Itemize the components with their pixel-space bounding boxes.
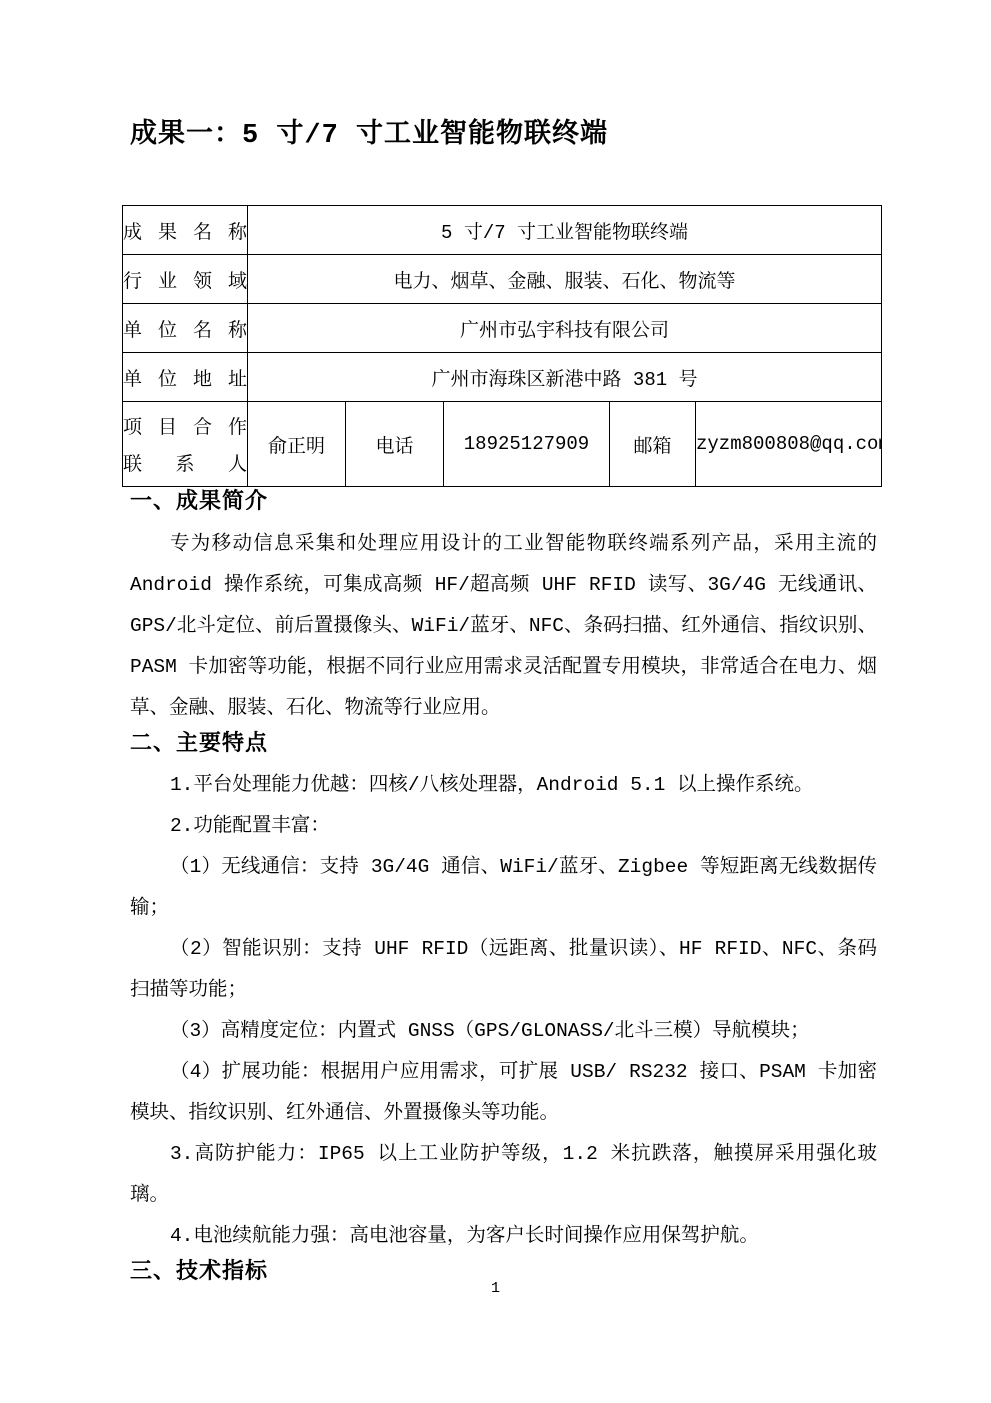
info-table: 成果名称 5 寸/7 寸工业智能物联终端 行业领域 电力、烟草、金融、服装、石化… <box>122 205 882 487</box>
table-row: 单位地址 广州市海珠区新港中路 381 号 <box>123 353 882 402</box>
page-title: 成果一：5 寸/7 寸工业智能物联终端 <box>130 0 881 154</box>
feature-item: （1）无线通信：支持 3G/4G 通信、WiFi/蓝牙、Zigbee 等短距离无… <box>130 847 877 929</box>
feature-item: 1.平台处理能力优越：四核/八核处理器，Android 5.1 以上操作系统。 <box>130 765 877 806</box>
row-label-cell: 行业领域 <box>123 255 248 304</box>
contact-label-cell: 项目合作 联系人 <box>123 402 248 487</box>
section-intro-heading: 一、成果简介 <box>130 487 877 519</box>
feature-item: 2.功能配置丰富： <box>130 806 877 847</box>
page-number: 1 <box>0 1280 991 1298</box>
phone-number: 18925127909 <box>444 402 610 487</box>
row-value: 5 寸/7 寸工业智能物联终端 <box>248 206 882 255</box>
feature-item: 3.高防护能力：IP65 以上工业防护等级，1.2 米抗跌落，触摸屏采用强化玻璃… <box>130 1134 877 1216</box>
table-row: 行业领域 电力、烟草、金融、服装、石化、物流等 <box>123 255 882 304</box>
contact-label: 项目合作 联系人 <box>123 412 247 476</box>
contact-name: 俞正明 <box>248 402 346 487</box>
row-value: 电力、烟草、金融、服装、石化、物流等 <box>248 255 882 304</box>
row-label: 成果名称 <box>123 217 247 244</box>
row-label-cell: 成果名称 <box>123 206 248 255</box>
contact-label-line2: 联系人 <box>123 449 247 476</box>
document-page: 成果一：5 寸/7 寸工业智能物联终端 成果名称 5 寸/7 寸工业智能物联终端… <box>0 0 991 1403</box>
section-intro-paragraph: 专为移动信息采集和处理应用设计的工业智能物联终端系列产品，采用主流的 Andro… <box>130 524 877 729</box>
row-label-cell: 单位地址 <box>123 353 248 402</box>
row-value: 广州市海珠区新港中路 381 号 <box>248 353 882 402</box>
features-list: 1.平台处理能力优越：四核/八核处理器，Android 5.1 以上操作系统。 … <box>130 765 877 1257</box>
contact-label-line1: 项目合作 <box>123 412 247 439</box>
email-address: zyzm800808@qq.com <box>696 402 882 487</box>
contact-row: 项目合作 联系人 俞正明 电话 18925127909 邮箱 zyzm80080… <box>123 402 882 487</box>
row-label: 单位名称 <box>123 315 247 342</box>
section-features: 二、主要特点 1.平台处理能力优越：四核/八核处理器，Android 5.1 以… <box>130 729 877 1257</box>
section-features-heading: 二、主要特点 <box>130 729 877 761</box>
feature-item: （3）高精度定位：内置式 GNSS（GPS/GLONASS/北斗三模）导航模块； <box>130 1011 877 1052</box>
row-label: 单位地址 <box>123 364 247 391</box>
feature-item: （4）扩展功能：根据用户应用需求，可扩展 USB/ RS232 接口、PSAM … <box>130 1052 877 1134</box>
email-label: 邮箱 <box>610 402 696 487</box>
feature-item: （2）智能识别：支持 UHF RFID（远距离、批量识读）、HF RFID、NF… <box>130 929 877 1011</box>
section-intro: 一、成果简介 专为移动信息采集和处理应用设计的工业智能物联终端系列产品，采用主流… <box>130 487 877 729</box>
table-row: 单位名称 广州市弘宇科技有限公司 <box>123 304 882 353</box>
row-value: 广州市弘宇科技有限公司 <box>248 304 882 353</box>
row-label: 行业领域 <box>123 266 247 293</box>
feature-item: 4.电池续航能力强：高电池容量，为客户长时间操作应用保驾护航。 <box>130 1216 877 1257</box>
phone-label: 电话 <box>346 402 444 487</box>
table-row: 成果名称 5 寸/7 寸工业智能物联终端 <box>123 206 882 255</box>
row-label-cell: 单位名称 <box>123 304 248 353</box>
